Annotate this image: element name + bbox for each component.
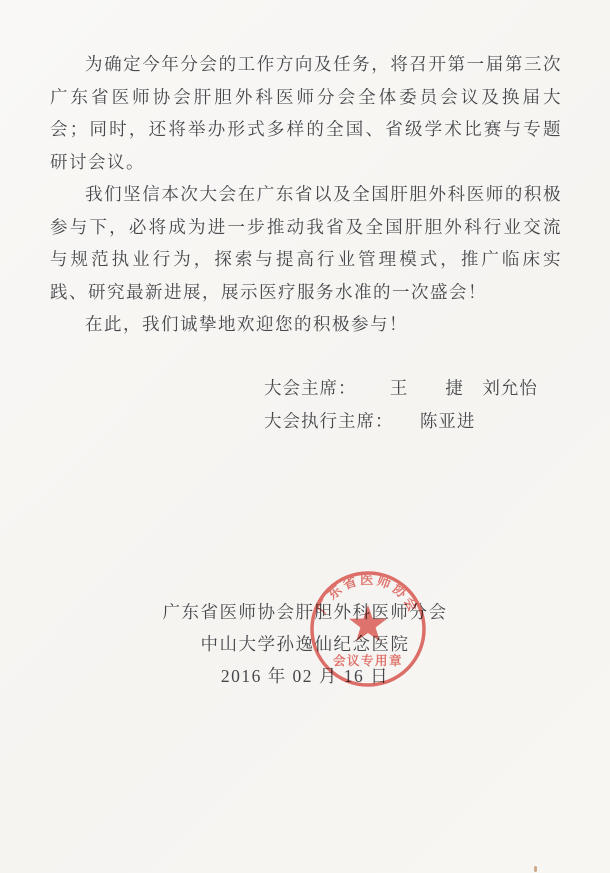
paragraph-2: 我们坚信本次大会在广东省以及全国肝胆外科医师的积极参与下，必将成为进一步推动我省…: [50, 178, 562, 308]
footer-hospital-line: 中山大学孙逸仙纪念医院: [55, 628, 555, 660]
scanned-letter-page: 为确定今年分会的工作方向及任务，将召开第一届第三次广东省医师协会肝胆外科医师分会…: [0, 0, 610, 873]
paragraph-1: 为确定今年分会的工作方向及任务，将召开第一届第三次广东省医师协会肝胆外科医师分会…: [50, 48, 562, 178]
chair-label: 大会主席：: [264, 378, 357, 398]
chair-row: 大会主席： 王 捷 刘允怡: [264, 372, 538, 405]
chair-names: 王 捷 刘允怡: [390, 378, 538, 398]
footer-organization-line: 广东省医师协会肝胆外科医师分会: [55, 596, 555, 628]
paragraph-3: 在此，我们诚挚地欢迎您的积极参与！: [50, 308, 562, 341]
exec-chair-row: 大会执行主席： 陈亚进: [264, 405, 538, 438]
signature-block: 大会主席： 王 捷 刘允怡 大会执行主席： 陈亚进: [264, 372, 538, 438]
footer-date-line: 2016 年 02 月 16 日: [55, 660, 555, 692]
exec-chair-name: 陈亚进: [420, 411, 476, 431]
footer-block: 广东省医师协会肝胆外科医师分会 中山大学孙逸仙纪念医院 2016 年 02 月 …: [55, 596, 555, 692]
letter-body: 为确定今年分会的工作方向及任务，将召开第一届第三次广东省医师协会肝胆外科医师分会…: [50, 48, 562, 341]
exec-chair-label: 大会执行主席：: [264, 411, 394, 431]
scan-artifact-speck: [534, 866, 537, 872]
